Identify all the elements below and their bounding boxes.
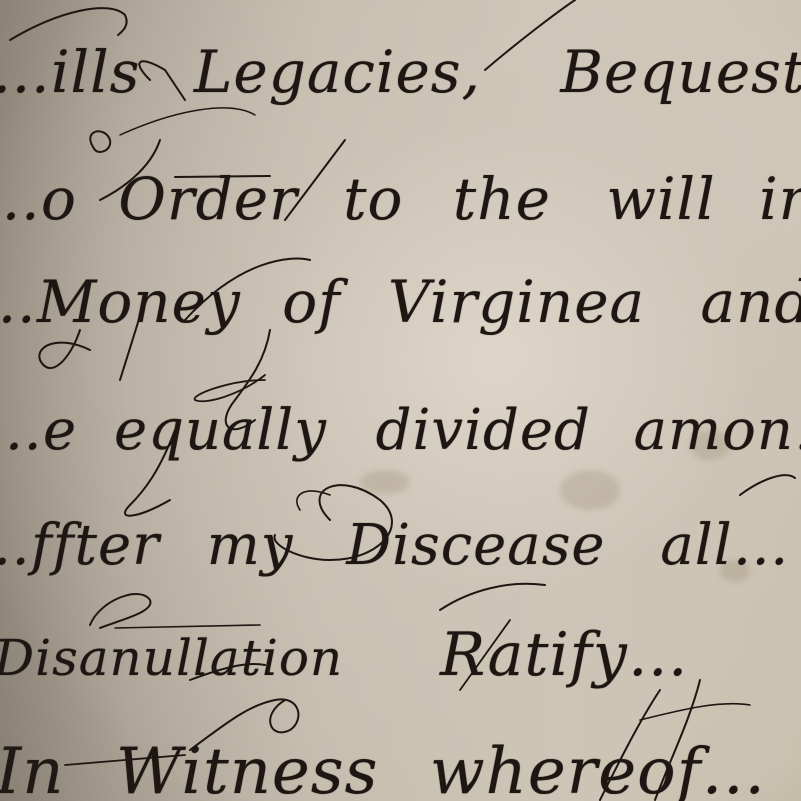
word: amon… bbox=[634, 398, 801, 463]
word: Legacies, bbox=[194, 38, 481, 106]
paper-stain bbox=[560, 470, 620, 510]
word: Virginea bbox=[388, 268, 645, 336]
manuscript-line-2: …o Order to the will in… bbox=[0, 165, 801, 233]
word: …o bbox=[0, 165, 77, 233]
word: my bbox=[207, 513, 294, 578]
word: equally bbox=[114, 398, 327, 463]
manuscript-line-7: In Witness whereof… bbox=[0, 735, 800, 801]
word: In bbox=[0, 735, 65, 801]
word: all… bbox=[660, 513, 789, 578]
manuscript-line-3: …Money of Virginea and bbox=[0, 268, 801, 336]
word: to bbox=[343, 165, 403, 233]
paper-stain bbox=[360, 470, 410, 494]
word: …ills bbox=[0, 38, 140, 106]
word: …ffter bbox=[0, 513, 160, 578]
manuscript-line-4: …e equally divided amon… bbox=[0, 398, 801, 463]
word: …Money bbox=[0, 268, 241, 336]
word: Witness bbox=[116, 735, 379, 801]
word: and bbox=[701, 268, 801, 336]
word: whereof… bbox=[430, 735, 767, 801]
word: the bbox=[453, 165, 551, 233]
word: Bequests bbox=[560, 38, 801, 106]
word: Ratify… bbox=[440, 620, 689, 690]
manuscript-page: …ills Legacies, Bequests …o Order to the… bbox=[0, 0, 801, 801]
manuscript-line-5: …ffter my Discease all… bbox=[0, 513, 801, 578]
word: in… bbox=[759, 165, 801, 233]
word: Disanullation bbox=[0, 629, 343, 687]
manuscript-line-1: …ills Legacies, Bequests bbox=[0, 38, 801, 106]
word: Order bbox=[118, 165, 297, 233]
word: will bbox=[606, 165, 715, 233]
word: of bbox=[282, 268, 340, 336]
word: …e bbox=[0, 398, 77, 463]
word: divided bbox=[376, 398, 591, 463]
manuscript-line-6: Disanullation Ratify… bbox=[0, 620, 723, 690]
word: Discease bbox=[346, 513, 605, 578]
